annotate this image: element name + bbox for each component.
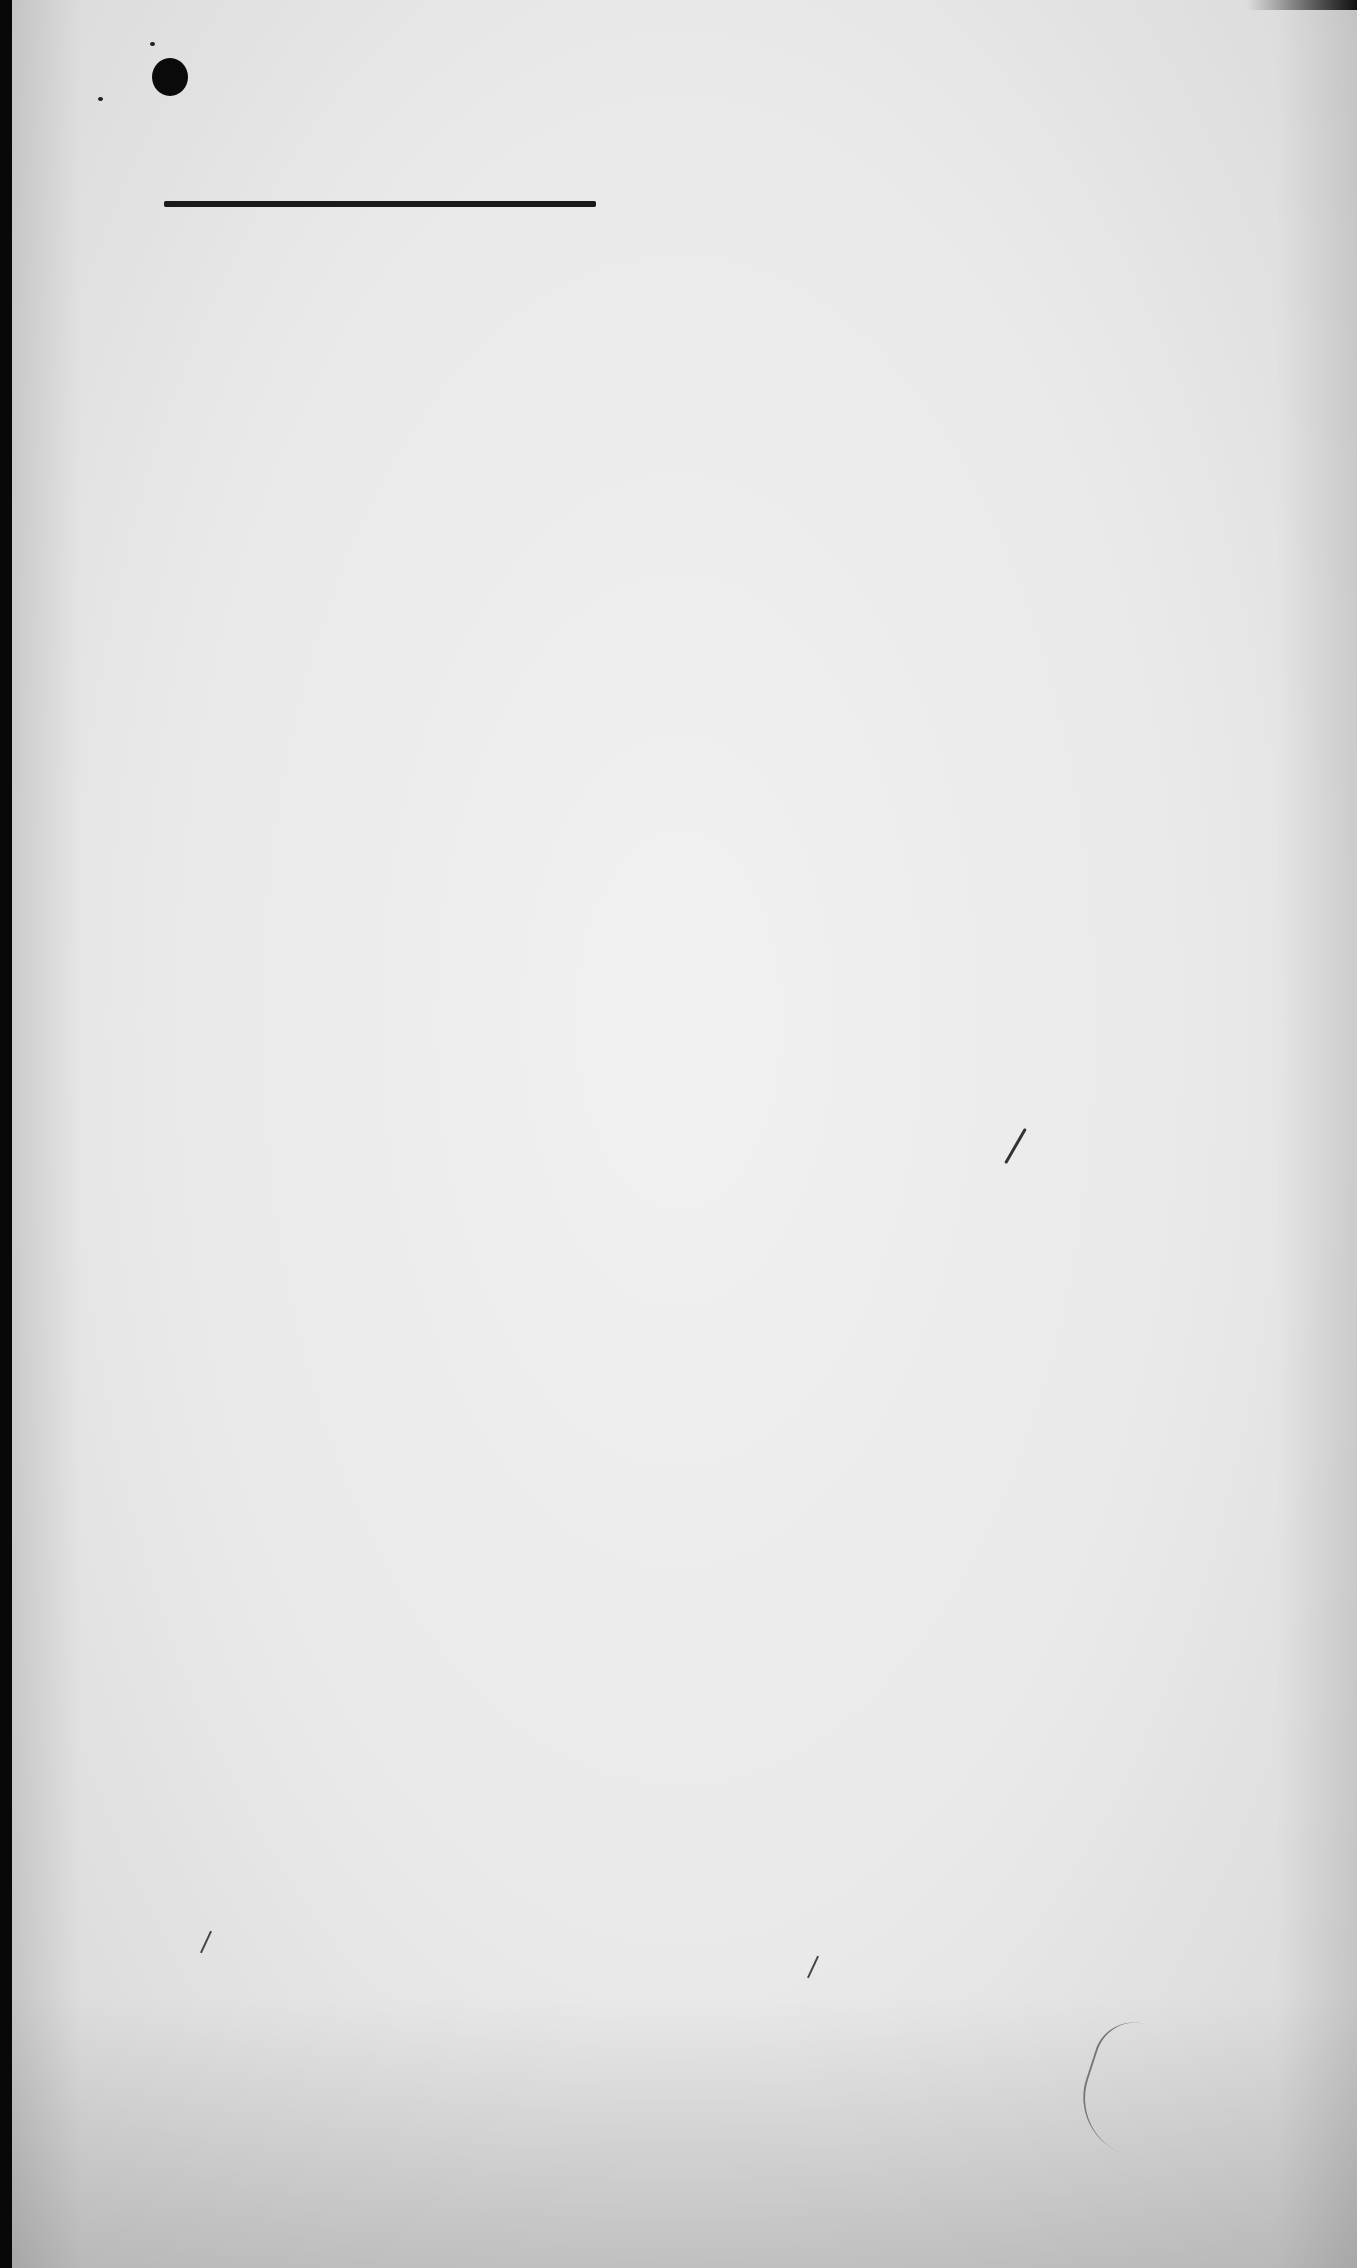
strike-through-line: [164, 201, 596, 207]
roll-header: [172, 48, 1357, 88]
document-page: [0, 0, 1357, 2268]
struck-entry: [164, 198, 596, 220]
scratch-mark: [807, 1956, 819, 1979]
scan-shadow: [1247, 0, 1357, 10]
handwritten-tick: [1004, 1128, 1027, 1164]
scan-edge: [0, 0, 12, 2268]
ink-speck: [150, 42, 155, 46]
signature-stroke: [1068, 2012, 1177, 2158]
ink-speck: [98, 97, 103, 101]
scratch-mark: [200, 1931, 212, 1954]
